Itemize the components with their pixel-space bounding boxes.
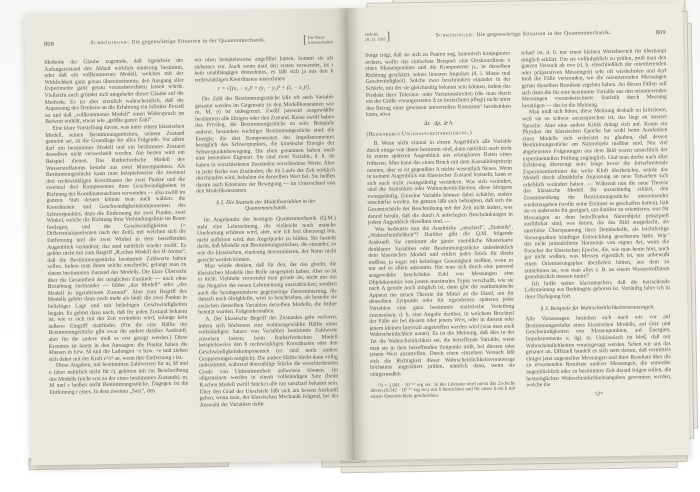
paragraph: A. Der klassische Begriff des Zustandes … (198, 314, 338, 408)
paragraph: Sorge trägt, daß sie sich zu Paaren sog.… (365, 51, 511, 119)
bracket-glyph: ] (387, 31, 391, 44)
paragraph: wir oben beispielsweise angeführt hatten… (194, 55, 333, 84)
page-header-left: 808 Schrödinger: Die gegenwärtige Situat… (44, 34, 333, 51)
uncertainty-relation-formula: Δx · Δpₓ ≳ h. (366, 120, 511, 129)
issue-mark: Heft 48. 29. 11. 1935 ] (365, 31, 391, 43)
page-number: 808 (44, 39, 54, 48)
signature-mark: 52* (527, 390, 672, 398)
journal-name-mark: [ Die Natur- wissenschaften (302, 34, 333, 46)
paragraph: Alle Voraussagen beziehen sich nach wie … (525, 314, 671, 389)
book-spread: 808 Schrödinger: Die gegenwärtige Situat… (24, 3, 689, 465)
paragraph: Eine klare Vorstellung davon, was unter … (45, 124, 188, 364)
formula-caption: (Heisenbergs Ungenauigkeitsbeziehung.) (366, 129, 511, 138)
photograph-background: 808 Schrödinger: Die gegenwärtige Situat… (0, 0, 700, 492)
paragraph: Im Angelpunkt der heutigen Quantenmechan… (197, 215, 337, 263)
paragraph: Diese Angaben, mit bestimmten Zahlwerten… (49, 361, 189, 396)
section-heading-2: § 2. Die Statistik der Modellvariablen i… (202, 198, 329, 213)
issue-line2: 29. 11. 1935 (365, 37, 386, 42)
paragraph: Man muß sich hüten, diese Meinung deshal… (522, 107, 670, 281)
paragraph: Methode der Glaube zugrunde, daß irgendw… (44, 58, 184, 126)
section-heading-3: § 3. Beispiele für Wahrscheinlichkeitsvo… (531, 304, 664, 313)
text-column: Methode der Glaube zugrunde, daß irgendw… (44, 58, 189, 416)
bracket-glyph: [ (303, 34, 307, 47)
page-number: 809 (656, 27, 666, 36)
paragraph: Was bedeuten nun die Ausdrücke „unscharf… (368, 224, 515, 378)
text-column: wir oben beispielsweise angeführt hatten… (194, 55, 339, 413)
running-title: Schrödinger: Die gegenwärtige Situation … (436, 28, 612, 39)
running-title: Schrödinger: Die gegenwärtige Situation … (90, 35, 266, 46)
text-column: Sorge trägt, daß sie sich zu Paaren sog.… (365, 51, 516, 409)
footnote: ¹ h = 1,041 · 10⁻²⁷ erg sec. In der Lite… (370, 381, 515, 401)
text-columns: Sorge trägt, daß sie sich zu Paaren sog.… (365, 48, 672, 409)
journal-page-right: Heft 48. 29. 11. 1935 ] Schrödinger: Die… (347, 3, 689, 460)
distance-formula: r = √[(x₁ − x₂)² + (y₁ − y₂)² + (z₁ − z₂… (195, 85, 334, 94)
journal-name-line2: wissenschaften (308, 40, 333, 45)
paragraph: B. Wenn nicht einmal in einem Augenblick… (367, 139, 513, 227)
paragraph: Ich hoffe später klarzumachen, daß die h… (525, 279, 670, 301)
paragraph: Die Zahl der Bestimmungsstücke (die oft … (195, 94, 336, 195)
journal-page-left: 808 Schrödinger: Die gegenwärtige Situat… (24, 8, 354, 465)
paragraph: scharf ist, d. h. nur einen kleinen Wert… (521, 48, 667, 110)
text-columns: Methode der Glaube zugrunde, daß irgendw… (44, 55, 339, 415)
text-column: scharf ist, d. h. nur einen kleinen Wert… (521, 48, 672, 406)
page-header-right: Heft 48. 29. 11. 1935 ] Schrödinger: Die… (365, 27, 666, 44)
paragraph: Man würde denken, daß für den, der das g… (197, 262, 337, 317)
